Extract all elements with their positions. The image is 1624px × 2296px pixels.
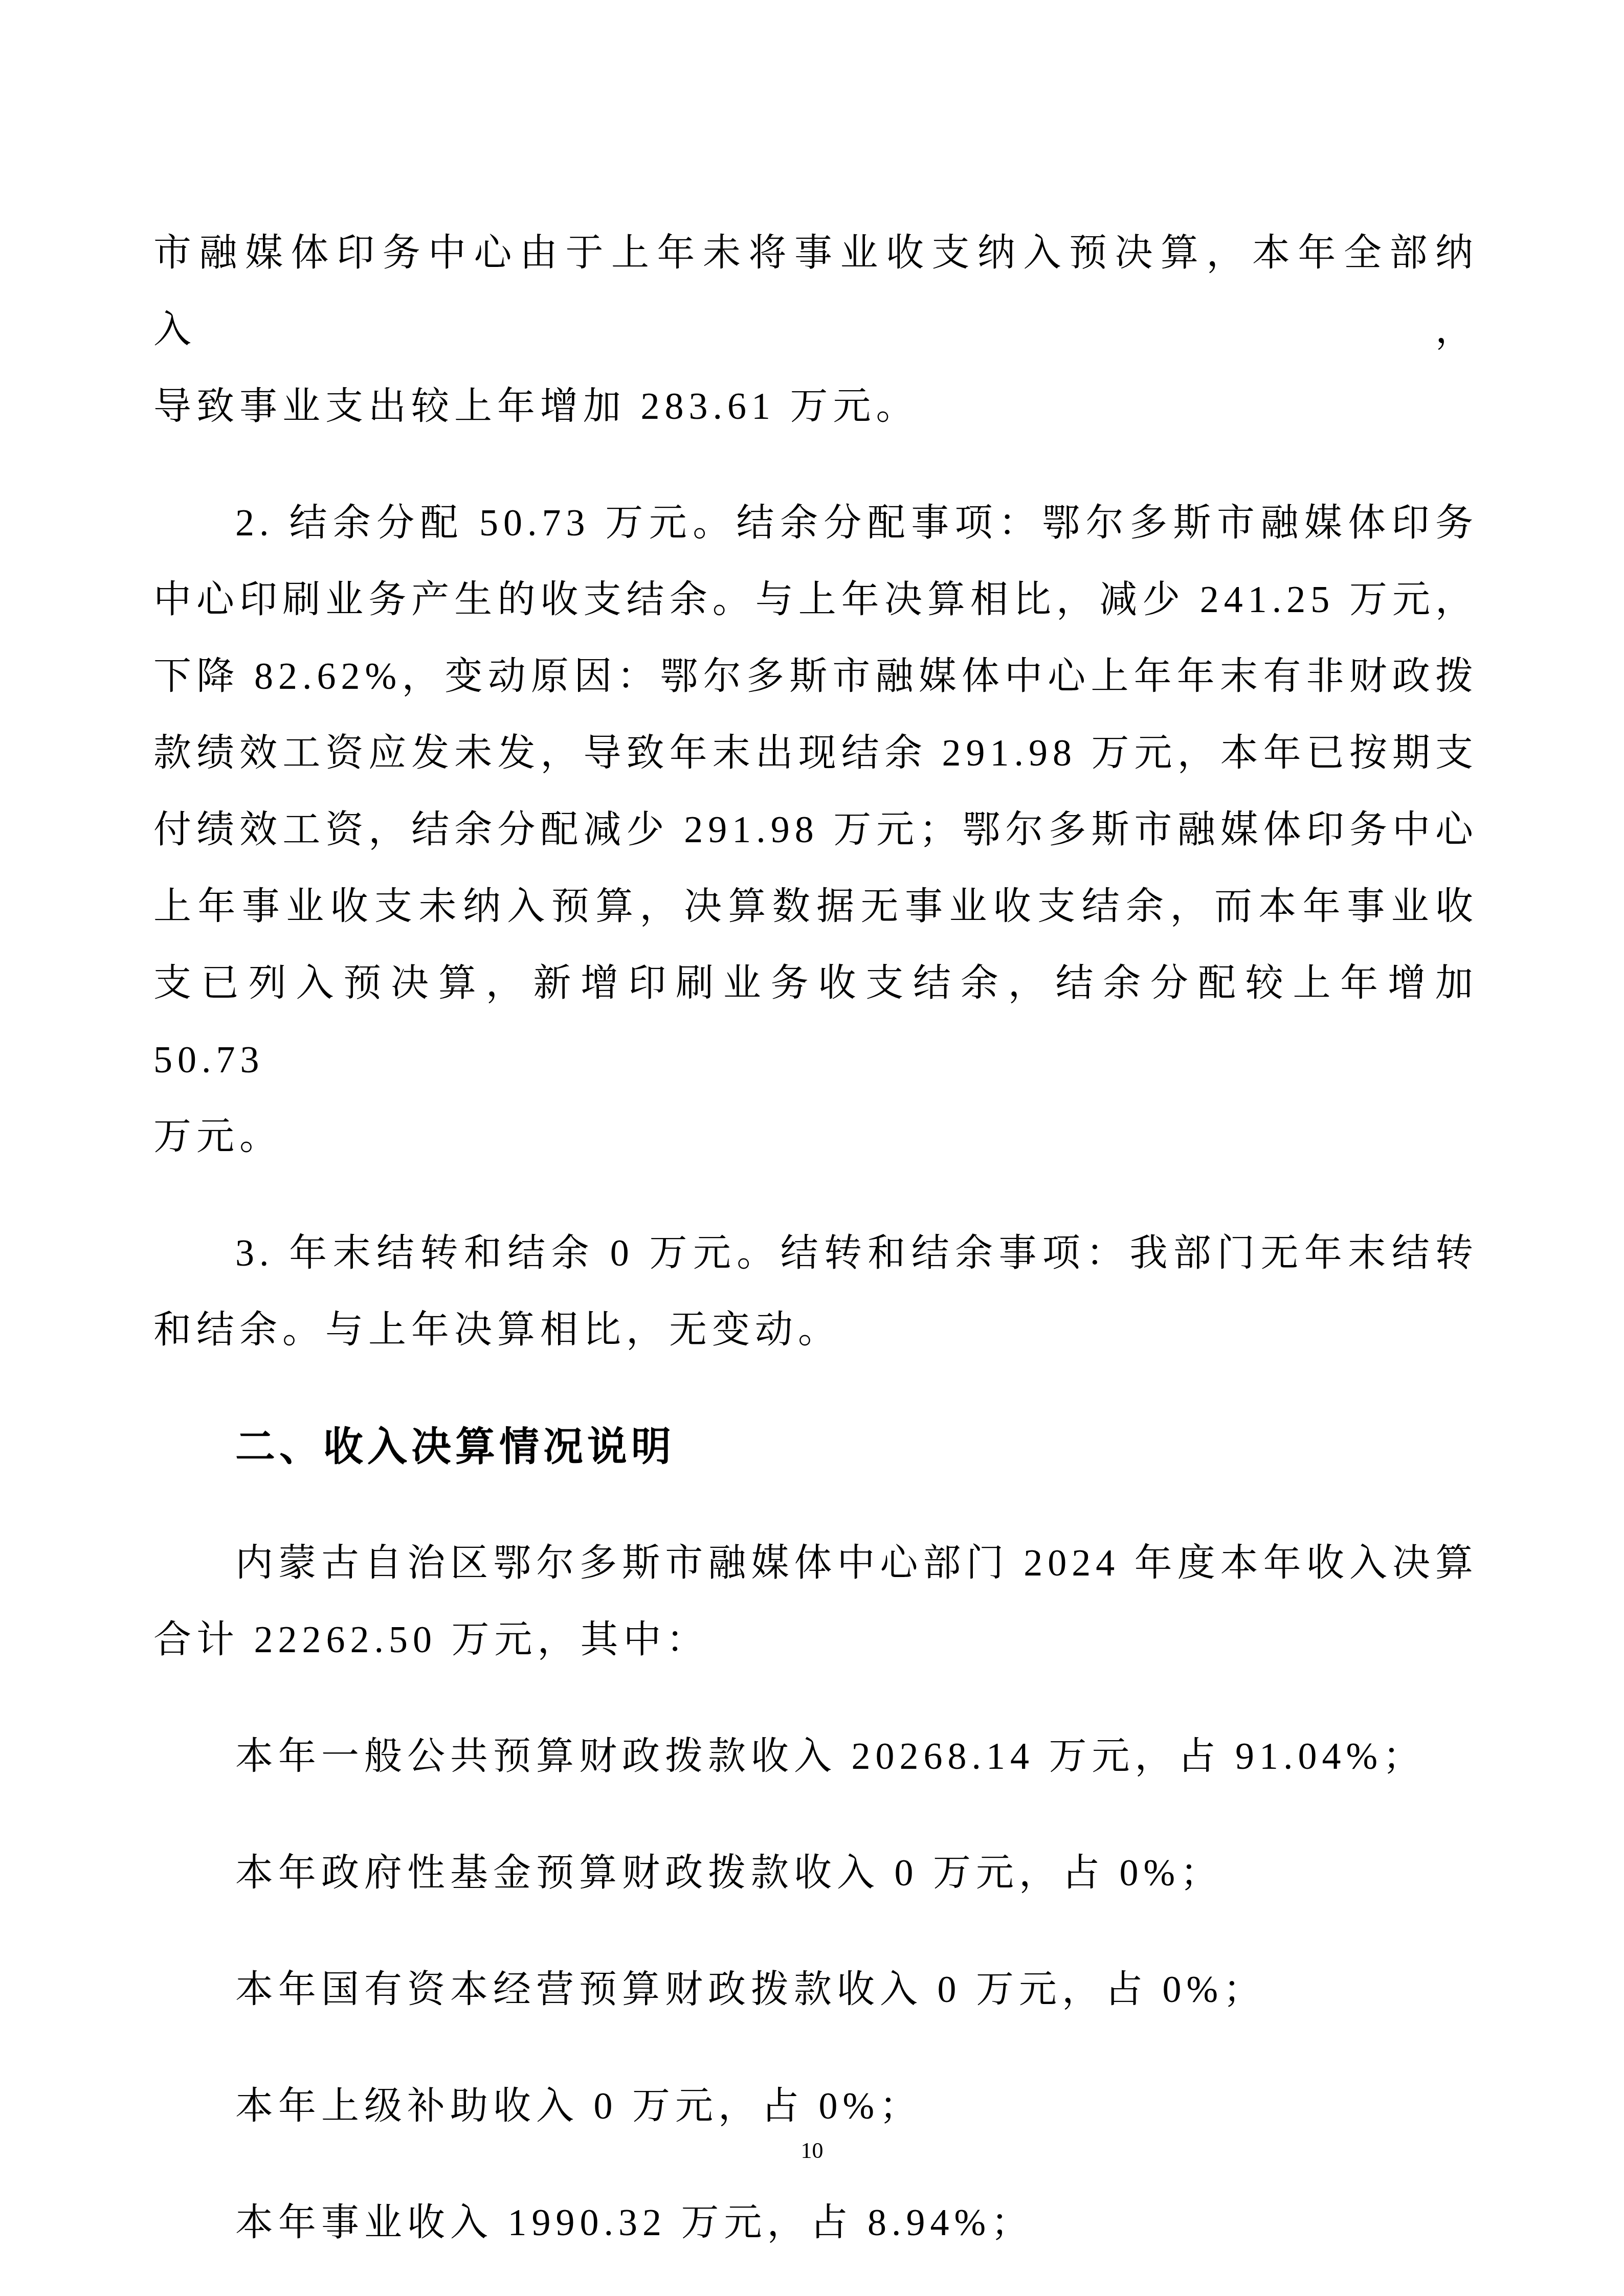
text-line: 3. 年末结转和结余 0 万元。结转和结余事项：我部门无年末结转 bbox=[153, 1215, 1478, 1292]
text-line: 中心印刷业务产生的收支结余。与上年决算相比，减少 241.25 万元， bbox=[153, 561, 1478, 638]
text-line: 万元。 bbox=[153, 1098, 1478, 1175]
paragraph: 3. 年末结转和结余 0 万元。结转和结余事项：我部门无年末结转和结余。与上年决… bbox=[153, 1215, 1478, 1368]
text-line: 款绩效工资应发未发，导致年末出现结余 291.98 万元，本年已按期支 bbox=[153, 715, 1478, 792]
text-line: 市融媒体印务中心由于上年未将事业收支纳入预决算，本年全部纳入， bbox=[153, 215, 1478, 368]
text-line: 支已列入预决算，新增印刷业务收支结余，结余分配较上年增加 50.73 bbox=[153, 945, 1478, 1098]
page-number: 10 bbox=[801, 2138, 824, 2163]
text-line: 付绩效工资，结余分配减少 291.98 万元；鄂尔多斯市融媒体印务中心 bbox=[153, 792, 1478, 868]
text-line: 和结余。与上年决算相比，无变动。 bbox=[153, 1292, 1478, 1368]
paragraph: 内蒙古自治区鄂尔多斯市融媒体中心部门 2024 年度本年收入决算合计 22262… bbox=[153, 1525, 1478, 1678]
paragraph: 本年一般公共预算财政拨款收入 20268.14 万元，占 91.04%； bbox=[153, 1718, 1478, 1795]
paragraph: 2. 结余分配 50.73 万元。结余分配事项：鄂尔多斯市融媒体印务中心印刷业务… bbox=[153, 485, 1478, 1175]
text-line: 下降 82.62%，变动原因：鄂尔多斯市融媒体中心上年年末有非财政拨 bbox=[153, 638, 1478, 715]
paragraph: 本年政府性基金预算财政拨款收入 0 万元，占 0%； bbox=[153, 1835, 1478, 1911]
document-page: 市融媒体印务中心由于上年未将事业收支纳入预决算，本年全部纳入，导致事业支出较上年… bbox=[0, 0, 1624, 2296]
text-line: 本年一般公共预算财政拨款收入 20268.14 万元，占 91.04%； bbox=[153, 1718, 1478, 1795]
text-line: 本年政府性基金预算财政拨款收入 0 万元，占 0%； bbox=[153, 1835, 1478, 1911]
page-footer: 10 bbox=[0, 2137, 1624, 2164]
text-line: 内蒙古自治区鄂尔多斯市融媒体中心部门 2024 年度本年收入决算 bbox=[153, 1525, 1478, 1602]
text-line: 本年事业收入 1990.32 万元，占 8.94%； bbox=[153, 2185, 1478, 2261]
paragraph: 本年上级补助收入 0 万元，占 0%； bbox=[153, 2068, 1478, 2145]
text-line: 合计 22262.50 万元，其中： bbox=[153, 1602, 1478, 1678]
document-body: 市融媒体印务中心由于上年未将事业收支纳入预决算，本年全部纳入，导致事业支出较上年… bbox=[153, 215, 1478, 2261]
text-line: 本年上级补助收入 0 万元，占 0%； bbox=[153, 2068, 1478, 2145]
text-line: 2. 结余分配 50.73 万元。结余分配事项：鄂尔多斯市融媒体印务 bbox=[153, 485, 1478, 561]
paragraph: 市融媒体印务中心由于上年未将事业收支纳入预决算，本年全部纳入，导致事业支出较上年… bbox=[153, 215, 1478, 445]
text-line: 本年国有资本经营预算财政拨款收入 0 万元，占 0%； bbox=[153, 1951, 1478, 2028]
section-heading: 二、收入决算情况说明 bbox=[153, 1408, 1478, 1485]
paragraph: 本年国有资本经营预算财政拨款收入 0 万元，占 0%； bbox=[153, 1951, 1478, 2028]
text-line: 上年事业收支未纳入预算，决算数据无事业收支结余，而本年事业收 bbox=[153, 868, 1478, 945]
text-line: 导致事业支出较上年增加 283.61 万元。 bbox=[153, 368, 1478, 445]
paragraph: 本年事业收入 1990.32 万元，占 8.94%； bbox=[153, 2185, 1478, 2261]
heading-text-line: 二、收入决算情况说明 bbox=[153, 1408, 1478, 1485]
